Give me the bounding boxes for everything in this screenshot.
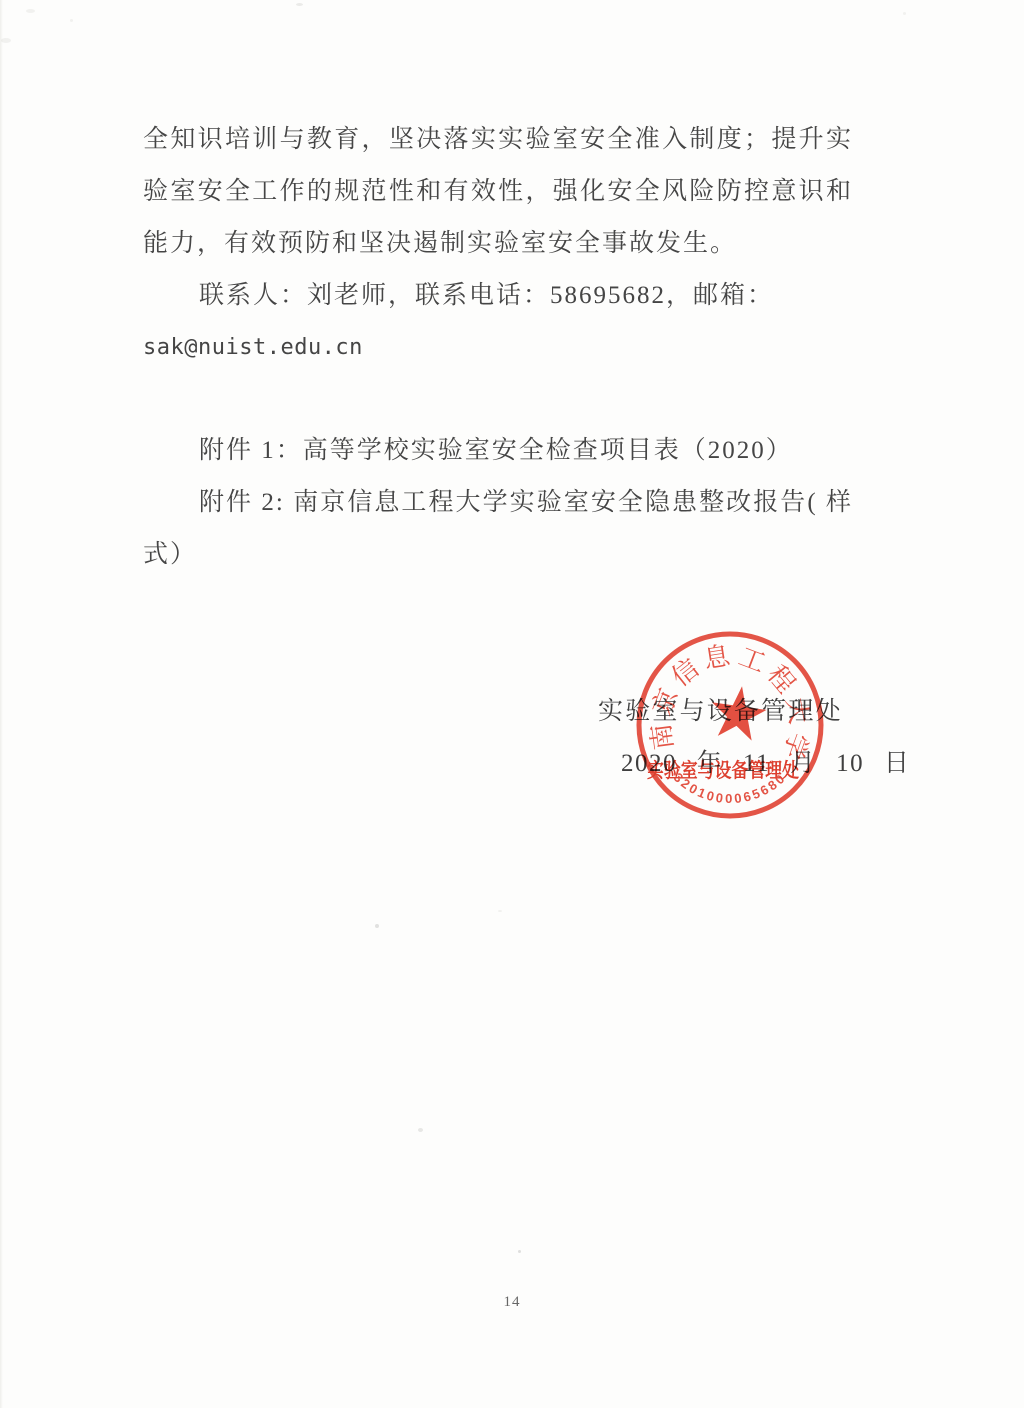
scan-speck (70, 19, 73, 22)
official-seal: 南京信息工程大学 实验室与设备管理处 3201000065680 (635, 630, 825, 820)
attachments-block: 附件 1：高等学校实验室安全检查项目表（2020） 附件 2: 南京信息工程大学… (143, 425, 853, 581)
scan-speck (1, 38, 11, 43)
scan-speck (375, 924, 379, 928)
contact-line: 联系人：刘老师，联系电话：58695682，邮箱： (143, 270, 853, 322)
attachment-2-line: 附件 2: 南京信息工程大学实验室安全隐患整改报告( 样 (143, 477, 853, 529)
scan-speck (418, 1128, 423, 1132)
body-text-block: 全知识培训与教育，坚决落实实验室安全准入制度；提升实 验室安全工作的规范性和有效… (143, 114, 853, 374)
paragraph-line: 验室安全工作的规范性和有效性，强化安全风险防控意识和 (143, 166, 853, 218)
seal-star-icon (707, 682, 769, 742)
scan-speck (296, 3, 303, 6)
document-page: 全知识培训与教育，坚决落实实验室安全准入制度；提升实 验室安全工作的规范性和有效… (0, 0, 1024, 1408)
seal-graphic: 南京信息工程大学 实验室与设备管理处 3201000065680 (639, 632, 823, 816)
page-number: 14 (0, 1294, 1024, 1311)
paragraph-line: 全知识培训与教育，坚决落实实验室安全准入制度；提升实 (143, 114, 853, 166)
attachment-2-continuation: 式） (143, 529, 853, 581)
attachment-1-line: 附件 1：高等学校实验室安全检查项目表（2020） (143, 425, 853, 477)
contact-email: sak@nuist.edu.cn (143, 322, 853, 374)
seal-university-arc: 南京信息工程大学 (643, 632, 823, 768)
scan-speck (903, 12, 906, 15)
scan-speck (518, 1250, 521, 1253)
scan-speck (26, 9, 35, 13)
paragraph-line: 能力，有效预防和坚决遏制实验室安全事故发生。 (143, 218, 853, 270)
scan-speck (498, 910, 502, 912)
